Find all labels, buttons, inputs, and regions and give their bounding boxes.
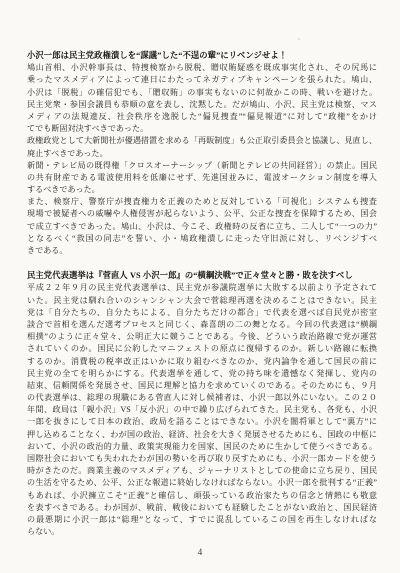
text-line: きである。	[27, 245, 377, 257]
text-line: されていくのか。国民に公約したマニフェストの原点に復帰するのか。新しい路線に転換	[27, 343, 377, 355]
document-body: 小沢一郎は民主党政権潰しを“謀議”した“不逞の輩”にリベンジせよ！ 鳩山首相、小…	[27, 50, 377, 538]
text-line: の代表選挙は、総理の現職にある菅直人に対し候補者は、小沢一郎以外にいない。この２…	[27, 392, 377, 404]
text-line: 結束、信頼関係を発展させ、国民に理解と協力を求めていくのである。そのためにも、９…	[27, 380, 377, 392]
text-line: 時がきたのだ。商業主義のマスメディアも、ジャーナリストとしての使命に立ち戻り、国…	[27, 465, 377, 477]
text-line: 一郎を抜きにして日本の政治、政局を語ることはできない。小沢を闇将軍として“裏方”…	[27, 416, 377, 428]
text-line: となるべく“救国の同志”を誓い、小・鳩政権潰しに走った守旧派に対し、リベンジすべ	[27, 233, 377, 245]
text-line: 政権政党として大新聞社が優遇措置を求める「再販制度」も公正取引委員会と協議し、見…	[27, 135, 377, 147]
text-line: の共有財産である電波使用料を低廉にせず、先進国並みに、電波オークション制度を導入	[27, 172, 377, 184]
text-line: 民主党の全てを明らかにする。代表選挙を通して、党の持ち味を遺憾なく発揮し、党内の	[27, 368, 377, 380]
text-line: するのか。消費税の税率改正はいかに取り組むべきなのか、党内論争を通して国民の前に	[27, 356, 377, 368]
text-line: メディアの法規違反、社会秩序を逸脱した“偏見捜査”“偏見報道”に対して“政権”を…	[27, 111, 377, 123]
scan-speckle	[298, 38, 300, 40]
text-line: の最悪期に小沢一郎は“総理”となって、すでに混乱しているこの国を再生しなければな	[27, 514, 377, 526]
text-line: 新聞・テレビ局の既得権「クロスオーナーシップ（新聞とテレビの共同経営）」の禁止。…	[27, 160, 377, 172]
text-line: いた。民主党は馴れ合いのシャンシャン大会で菅総理再選を決めることはできない。民主	[27, 295, 377, 307]
section-heading: 小沢一郎は民主党政権潰しを“謀議”した“不逞の輩”にリベンジせよ！	[27, 50, 377, 62]
document-page: 小沢一郎は民主党政権潰しを“謀議”した“不逞の輩”にリベンジせよ！ 鳩山首相、小…	[0, 0, 400, 573]
text-line: もあれば、小沢擁立こそ“正義”と確信し、頑張っている政治家たちの信念と情熱にも敬…	[27, 490, 377, 502]
text-line: らない。	[27, 526, 377, 538]
section-dpj-leadership-election: 民主党代表選挙は『菅直人 VS 小沢一郎』の“横綱決戦”で正々堂々と勝・敗を決す…	[27, 270, 377, 538]
text-line: 年間、政局は「親小沢」VS「反小沢」の中で繰り広げられてきた。民主党も、各党も、…	[27, 404, 377, 416]
text-line: 国際社会においても失われたわが国の勢いを再び取り戻すためにも、小沢一郎カードを使…	[27, 453, 377, 465]
page-number: 4	[0, 547, 400, 557]
section-paragraphs: 鳩山首相、小沢幹事長は、特捜検察から脱税、贈収賄疑惑を既成事実化され、その尻馬に…	[27, 62, 377, 257]
text-line: 党は「自分たちの、自分たちによる、自分たちだけの都合」で代表を選べば自民党が密室	[27, 307, 377, 319]
text-line: の生活を守るため、公平、公正な報道に終始しなければならない。小沢一郎を批判する“…	[27, 477, 377, 489]
text-line: 小沢は「脱税」の確信犯でも、「贈収賄」の事実もないのに何故かこの時、戦いを避けた…	[27, 87, 377, 99]
text-line: 民主党衆・参国会議員も恭順の意を表し、沈黙した。だが鳩山、小沢、民主党は検察、マ…	[27, 99, 377, 111]
text-line: を表すべきである。わが国が、戦前、戦後においても経験したことがない政治と、国民経…	[27, 502, 377, 514]
text-line: 廃止すべきであった。	[27, 148, 377, 160]
text-line: 現場で被疑者への威嚇や人権侵害が起らないよう、公平、公正な捜査を保障するため、国…	[27, 208, 377, 220]
text-line: てでも断固対決すべきであった。	[27, 123, 377, 135]
text-line: 談合で首相を選んだ選考プロセスと同じく、森喜朗の二の舞となる。今回の代表選は“横…	[27, 319, 377, 331]
text-line: 平成２２年９月の民主党代表選挙は、民主党が参議院選挙に大敗する以前より予定されて	[27, 282, 377, 294]
text-line: 鳩山首相、小沢幹事長は、特捜検察から脱税、贈収賄疑惑を既成事実化され、その尻馬に	[27, 62, 377, 74]
text-line: するべきであった。	[27, 184, 377, 196]
text-line: 乗ったマスメディアによって連日にわたってネガティブキャンペーンを張られた。鳩山、	[27, 74, 377, 86]
text-line: おいて、小沢の政治的力量、政策実現能力を国家、国民のために生かして使うべきである…	[27, 441, 377, 453]
text-line: 相撲”のように正々堂々、公明正大に競うことである。今後、どういう政治路線で党が運…	[27, 331, 377, 343]
section-heading: 民主党代表選挙は『菅直人 VS 小沢一郎』の“横綱決戦”で正々堂々と勝・敗を決す…	[27, 270, 377, 282]
text-line: 押し込めることなく、わが国の政治、経済、社会を大きく発展させるためにも、国政の中…	[27, 429, 377, 441]
section-ozawa-revenge: 小沢一郎は民主党政権潰しを“謀議”した“不逞の輩”にリベンジせよ！ 鳩山首相、小…	[27, 50, 377, 257]
text-line: また、検察庁、警察庁が捜査権力を正義のためと反対している「可視化」システムも捜査	[27, 196, 377, 208]
section-paragraphs: 平成２２年９月の民主党代表選挙は、民主党が参議院選挙に大敗する以前より予定されて…	[27, 282, 377, 538]
text-line: で成立すべきであった。鳩山、小沢は、今こそ、政権時の反省に立ち、二人して“一つの…	[27, 221, 377, 233]
